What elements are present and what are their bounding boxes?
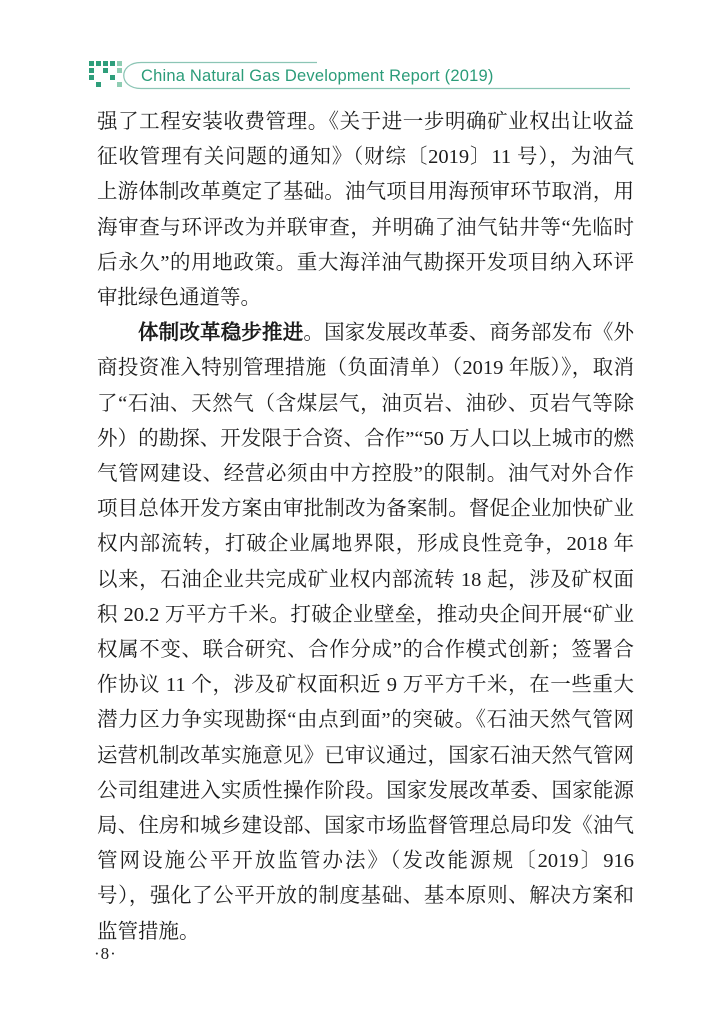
body-text: 强了工程安装收费管理。《关于进一步明确矿业权出让收益征收管理有关问题的通知》（财… [97,105,634,950]
document-page: China Natural Gas Development Report (20… [0,0,728,1024]
paragraph-lead-bold: 体制改革稳步推进 [138,322,303,344]
paragraph-text: 。国家发展改革委、商务部发布《外商投资准入特别管理措施（负面清单）（2019 年… [97,322,634,942]
paragraph: 强了工程安装收费管理。《关于进一步明确矿业权出让收益征收管理有关问题的通知》（财… [97,105,634,316]
paragraph-text: 强了工程安装收费管理。《关于进一步明确矿业权出让收益征收管理有关问题的通知》（财… [97,111,634,309]
paragraph: 体制改革稳步推进。国家发展改革委、商务部发布《外商投资准入特别管理措施（负面清单… [97,316,634,950]
header-title: China Natural Gas Development Report (20… [141,67,494,86]
report-logo-icon [89,61,123,88]
page-number: ·8· [94,944,117,964]
